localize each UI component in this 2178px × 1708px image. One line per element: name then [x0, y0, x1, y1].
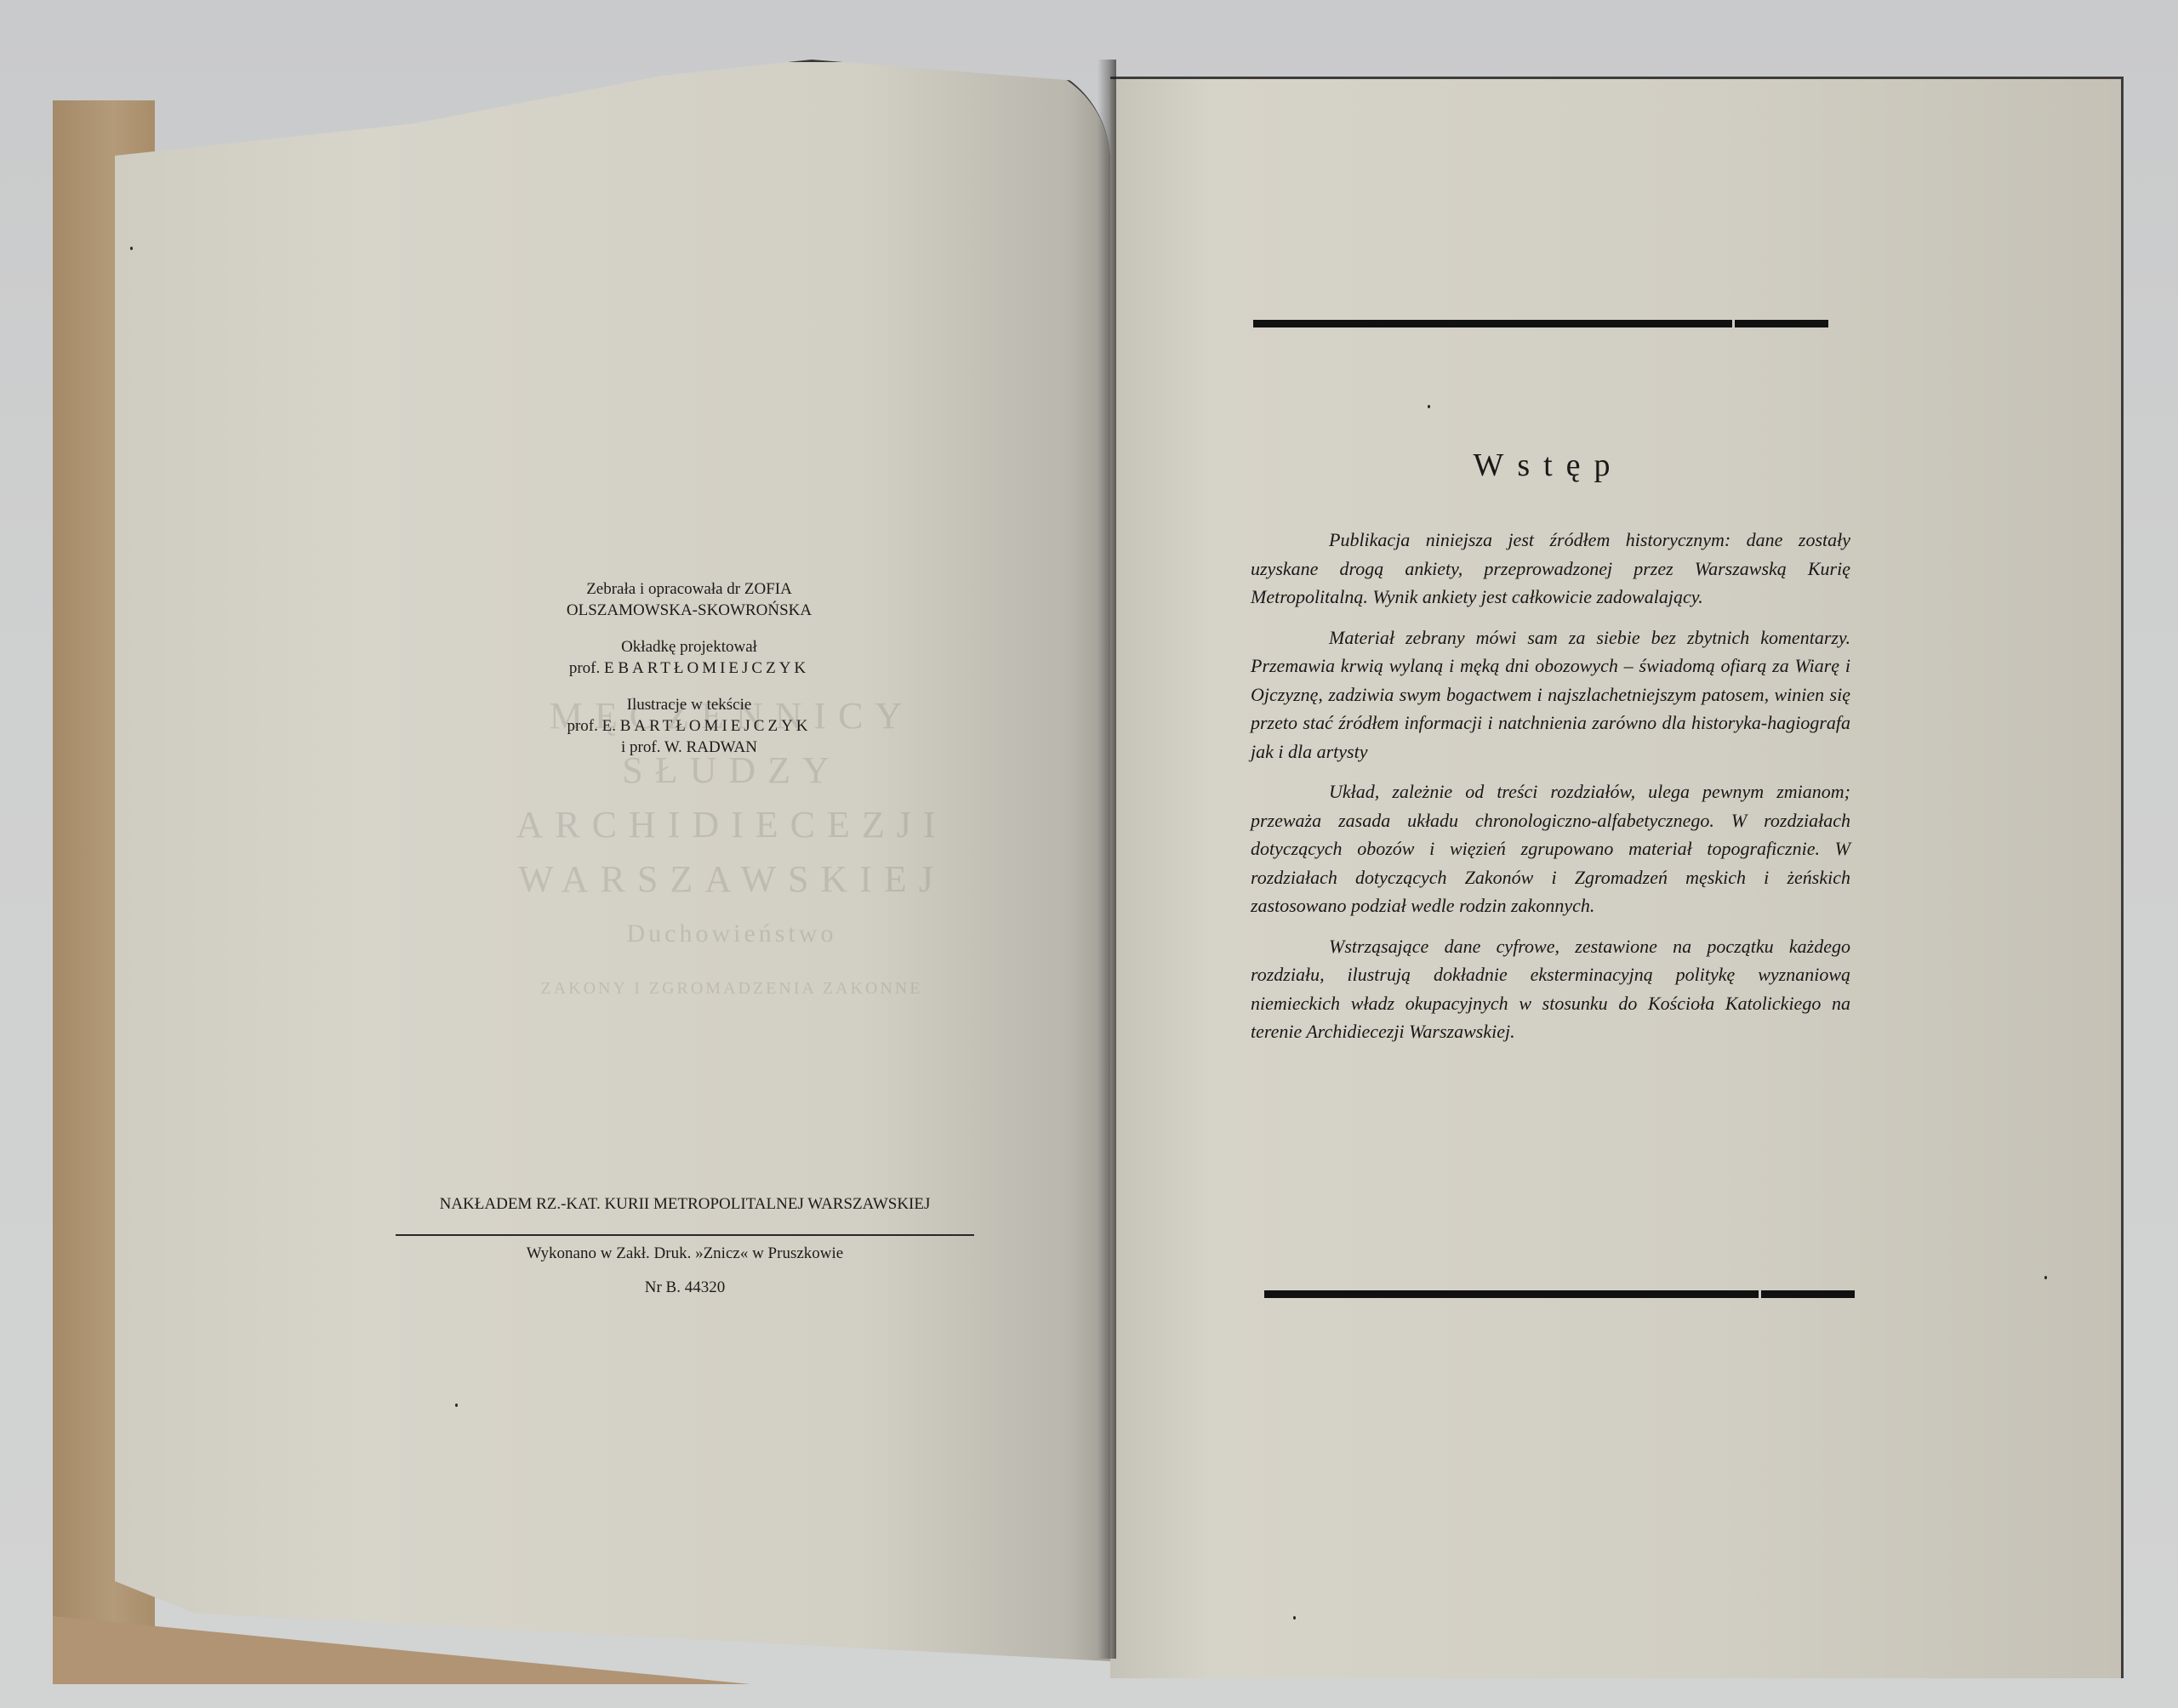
- publisher-block: NAKŁADEM RZ.-KAT. KURII METROPOLITALNEJ …: [396, 1195, 974, 1297]
- publisher-divider: [396, 1234, 974, 1236]
- book-spine-gutter: [1098, 60, 1116, 1659]
- introduction-text: Publikacja niniejsza jest źródłem histor…: [1251, 526, 1850, 1058]
- paragraph: Układ, zależnie od treści rozdziałów, ul…: [1251, 777, 1850, 920]
- compiler-credit: Zebrała i opracowała dr ZOFIA OLSZAMOWSK…: [527, 578, 851, 621]
- paragraph: Materiał zebrany mówi sam za siebie bez …: [1251, 623, 1850, 766]
- paper-speck: [2044, 1276, 2047, 1279]
- paper-speck: [455, 1403, 458, 1407]
- paragraph: Publikacja niniejsza jest źródłem histor…: [1251, 526, 1850, 612]
- top-decorative-rule: [1253, 320, 1828, 327]
- credits-block: Zebrała i opracowała dr ZOFIA OLSZAMOWSK…: [527, 578, 851, 773]
- publisher-line: NAKŁADEM RZ.-KAT. KURII METROPOLITALNEJ …: [396, 1195, 974, 1214]
- page-title: Wstęp: [1251, 447, 1846, 484]
- bottom-decorative-rule: [1264, 1290, 1855, 1298]
- printer-line: Wykonano w Zakł. Druk. »Znicz« w Pruszko…: [396, 1244, 974, 1263]
- paragraph: Wstrząsające dane cyfrowe, zestawione na…: [1251, 932, 1850, 1046]
- paper-speck: [1428, 405, 1430, 408]
- print-number: Nr B. 44320: [396, 1278, 974, 1297]
- cover-credit: Okładkę projektował prof. E BARTŁOMIEJCZ…: [527, 636, 851, 679]
- illustrations-credit: Ilustracje w tekście prof. E. BARTŁOMIEJ…: [527, 694, 851, 758]
- paper-speck: [130, 247, 133, 250]
- paper-speck: [1293, 1616, 1296, 1620]
